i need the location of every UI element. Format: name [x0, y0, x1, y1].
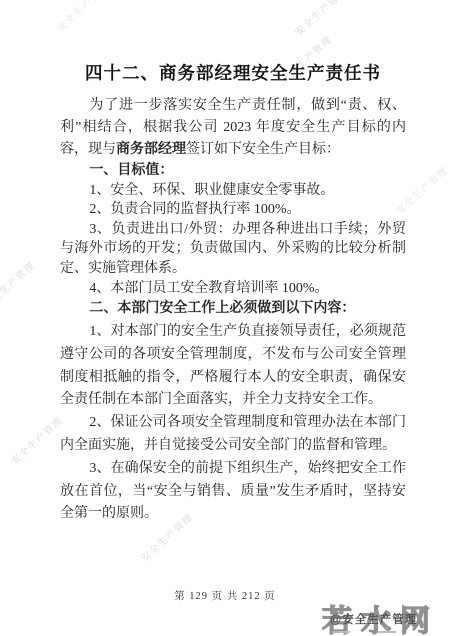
intro-text-after: 签订如下安全生产目标：	[186, 142, 340, 157]
section-heading: 二、本部门安全工作上必须做到以下内容：	[60, 298, 406, 321]
list-item: 4、本部门员工安全教育培训率 100%。	[60, 279, 406, 299]
intro-bold-term: 商务部经理	[116, 142, 186, 157]
diagonal-watermark: 安全生产管理	[7, 413, 65, 468]
diagonal-watermark: 安全生产管理	[53, 0, 111, 34]
intro-paragraph: 为了进一步落实安全生产责任制，做到“责、权、利”相结合，根据我公司 2023 年…	[60, 95, 406, 161]
document-body: 四十二、商务部经理安全生产责任书 为了进一步落实安全生产责任制，做到“责、权、利…	[60, 58, 406, 526]
section-heading: 一、目标值：	[60, 161, 406, 181]
list-item: 3、在确保安全的前提下组织生产，始终把安全工作放在首位，当“安全与销售、质量”发…	[60, 458, 406, 526]
watermark-logo-underline	[378, 631, 396, 633]
section-targets: 一、目标值： 1、安全、环保、职业健康安全零事故。 2、负责合同的监督执行率 1…	[60, 161, 406, 298]
diagonal-watermark: 安全生产管理	[0, 258, 38, 313]
list-item: 2、负责合同的监督执行率 100%。	[60, 200, 406, 220]
document-page: 安全生产管理 安全生产管理 安全生产管理 安全生产管理 安全生产管理 安全生产管…	[0, 0, 450, 636]
document-title: 四十二、商务部经理安全生产责任书	[60, 58, 406, 88]
list-item: 1、对本部门的安全生产负直接领导责任，必须规范遵守公司的各项安全管理制度，不发布…	[60, 321, 406, 412]
site-watermark-logo: 若水网 @安全生产管理	[320, 598, 448, 636]
watermark-logo-underline	[332, 631, 350, 633]
list-item: 3、负责进出口/外贸：办理各种进出口手续；外贸与海外市场的开发；负责做国内、外采…	[60, 220, 406, 279]
diagonal-watermark: 安全生产管理	[291, 0, 349, 38]
section-duties: 二、本部门安全工作上必须做到以下内容： 1、对本部门的安全生产负直接领导责任，必…	[60, 298, 406, 526]
list-item: 2、保证公司各项安全管理制度和管理办法在本部门内全面实施，并自觉接受公司安全部门…	[60, 412, 406, 458]
list-item: 1、安全、环保、职业健康安全零事故。	[60, 181, 406, 201]
watermark-logo-overlay-text: @安全生产管理	[330, 611, 417, 627]
page-number: 第 129 页 共 212 页	[0, 588, 450, 603]
